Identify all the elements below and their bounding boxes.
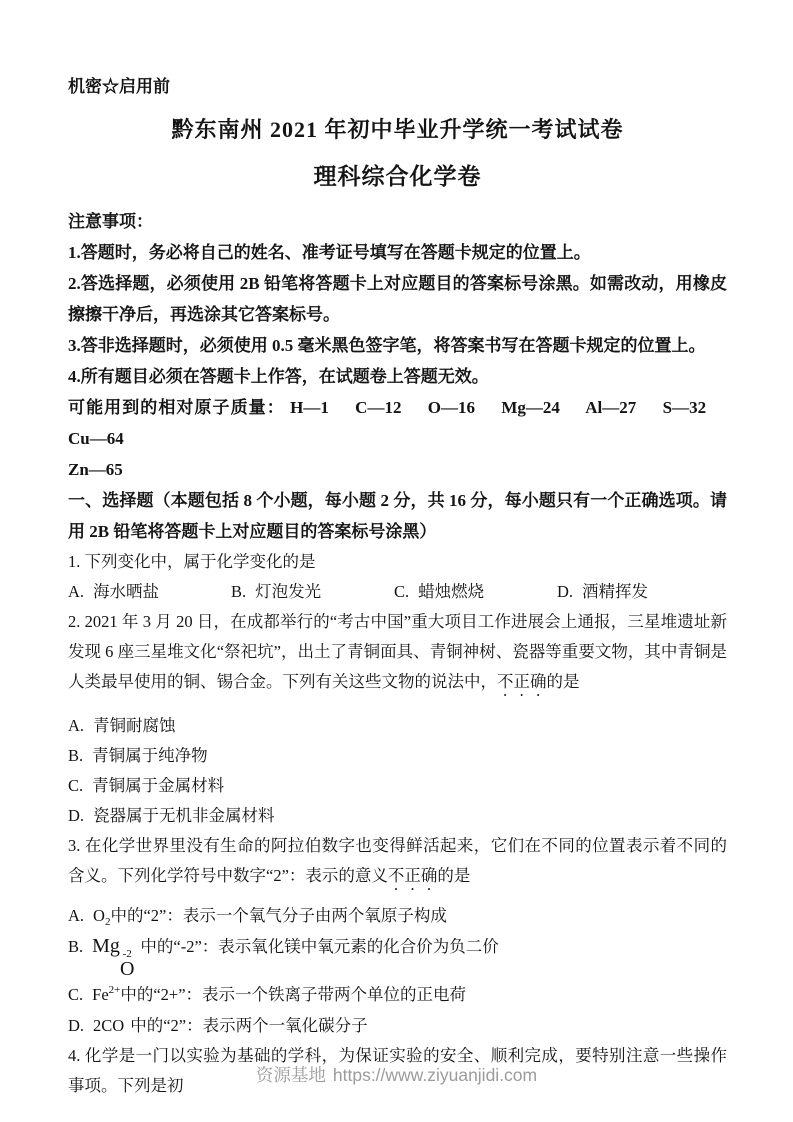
option-label: A. — [68, 711, 84, 741]
question-3-text: 3. 在化学世界里没有生命的阿拉伯数字也变得鲜活起来，它们在不同的位置表示着不同… — [68, 831, 727, 894]
notice-item-2: 2.答选择题，必须使用 2B 铅笔将答题卡上对应题目的答案标号涂黑。如需改动，用… — [68, 268, 727, 330]
notice-section: 注意事项： 1.答题时，务必将自己的姓名、准考证号填写在答题卡规定的位置上。 2… — [68, 206, 727, 547]
chemical-formula: Mg — [92, 935, 120, 957]
atomic-mass: O—16 — [428, 398, 475, 417]
option-text: 灯泡发光 — [255, 582, 321, 601]
option-a: A.青铜耐腐蚀 — [68, 711, 727, 741]
atomic-mass: C—12 — [355, 398, 401, 417]
valence-stack: -2O — [120, 949, 134, 979]
option-text: 青铜属于纯净物 — [92, 746, 208, 765]
element-symbol: O — [120, 959, 134, 979]
atomic-mass: S—32 — [663, 398, 706, 417]
exam-paper-page: 机密☆启用前 黔东南州 2021 年初中毕业升学统一考试试卷 理科综合化学卷 注… — [0, 0, 793, 1122]
chemical-formula: 2CO — [93, 1016, 124, 1035]
option-label: A. — [68, 577, 84, 607]
question-text-segment: 的是 — [437, 866, 470, 885]
atomic-mass: Al—27 — [585, 398, 636, 417]
option-b: B.灯泡发光 — [231, 577, 394, 607]
classification-label: 机密☆启用前 — [68, 72, 727, 97]
option-label: D. — [68, 801, 84, 831]
question-2-text: 2. 2021 年 3 月 20 日，在成都举行的“考古中国”重大项目工作进展会… — [68, 607, 727, 700]
superscript: 2+ — [109, 984, 121, 996]
option-text: 酒精挥发 — [582, 582, 648, 601]
chemical-formula: Fe2+ — [92, 985, 120, 1004]
atomic-mass: Mg—24 — [501, 398, 560, 417]
question-3-options: A.O2中的“2”：表示一个氧气分子由两个氧原子构成 B.Mg-2O中的“-2”… — [68, 900, 727, 1041]
option-text: 青铜耐腐蚀 — [93, 716, 176, 735]
option-a: A.O2中的“2”：表示一个氧气分子由两个氧原子构成 — [68, 900, 727, 931]
atomic-mass: H—1 — [290, 398, 329, 417]
option-text: 中的“2+”：表示一个铁离子带两个单位的正电荷 — [120, 985, 466, 1004]
option-d: D.瓷器属于无机非金属材料 — [68, 801, 727, 831]
question-1-text: 1. 下列变化中，属于化学变化的是 — [68, 547, 727, 577]
atomic-mass: Zn—65 — [68, 460, 123, 479]
emphasized-text: 不正确 — [388, 866, 438, 885]
option-b: B.青铜属于纯净物 — [68, 741, 727, 771]
option-label: B. — [68, 931, 83, 962]
site-name: 资源基地 — [256, 1065, 326, 1085]
question-1: 1. 下列变化中，属于化学变化的是 A.海水晒盐 B.灯泡发光 C.蜡烛燃烧 D… — [68, 547, 727, 607]
page-subtitle: 理科综合化学卷 — [68, 158, 727, 191]
notice-heading: 注意事项： — [68, 206, 727, 237]
option-d: D.2CO中的“2”：表示两个一氧化碳分子 — [68, 1010, 727, 1041]
atomic-masses-prefix: 可能用到的相对原子质量： — [68, 398, 285, 417]
option-text: 海水晒盐 — [93, 582, 159, 601]
notice-item-3: 3.答非选择题时，必须使用 0.5 毫米黑色签字笔，将答案书写在答题卡规定的位置… — [68, 330, 727, 361]
option-text: 瓷器属于无机非金属材料 — [93, 806, 275, 825]
option-text: 中的“-2”：表示氧化镁中氧元素的化合价为负二价 — [140, 937, 498, 956]
site-url-link[interactable]: https://www.ziyuanjidi.com — [333, 1065, 537, 1085]
atomic-mass: Cu—64 — [68, 429, 124, 448]
emphasized-text: 不正确 — [497, 672, 547, 691]
watermark-footer: 资源基地https://www.ziyuanjidi.com — [0, 1062, 793, 1087]
option-text: 青铜属于金属材料 — [92, 776, 224, 795]
notice-item-4: 4.所有题目必须在答题卡上作答，在试题卷上答题无效。 — [68, 361, 727, 392]
option-label: C. — [68, 771, 83, 801]
question-1-options: A.海水晒盐 B.灯泡发光 C.蜡烛燃烧 D.酒精挥发 — [68, 577, 727, 607]
question-text-segment: 的是 — [547, 672, 580, 691]
notice-item-1: 1.答题时，务必将自己的姓名、准考证号填写在答题卡规定的位置上。 — [68, 237, 727, 268]
question-2-options: A.青铜耐腐蚀 B.青铜属于纯净物 C.青铜属于金属材料 D.瓷器属于无机非金属… — [68, 711, 727, 831]
atomic-masses-line-1: 可能用到的相对原子质量： H—1 C—12 O—16 Mg—24 Al—27 S… — [68, 392, 727, 454]
option-a: A.海水晒盐 — [68, 577, 231, 607]
option-text: 中的“2”：表示一个氧气分子由两个氧原子构成 — [110, 906, 446, 925]
option-label: B. — [231, 577, 246, 607]
section-one-heading: 一、选择题（本题包括 8 个小题，每小题 2 分，共 16 分，每小题只有一个正… — [68, 485, 727, 547]
atomic-masses-line-2: Zn—65 — [68, 454, 727, 485]
option-label: B. — [68, 741, 83, 771]
question-2: 2. 2021 年 3 月 20 日，在成都举行的“考古中国”重大项目工作进展会… — [68, 607, 727, 831]
option-label: A. — [68, 900, 84, 931]
option-c: C.Fe2+中的“2+”：表示一个铁离子带两个单位的正电荷 — [68, 979, 727, 1010]
option-text: 中的“2”：表示两个一氧化碳分子 — [130, 1016, 367, 1035]
option-label: C. — [68, 979, 83, 1010]
chemical-formula: O2 — [93, 906, 110, 925]
question-text-segment: 2. 2021 年 3 月 20 日，在成都举行的“考古中国”重大项目工作进展会… — [68, 612, 727, 691]
option-text: 蜡烛燃烧 — [418, 582, 484, 601]
option-c: C.蜡烛燃烧 — [394, 577, 557, 607]
option-b: B.Mg-2O中的“-2”：表示氧化镁中氧元素的化合价为负二价 — [68, 931, 727, 979]
option-c: C.青铜属于金属材料 — [68, 771, 727, 801]
question-3: 3. 在化学世界里没有生命的阿拉伯数字也变得鲜活起来，它们在不同的位置表示着不同… — [68, 831, 727, 1041]
option-label: D. — [68, 1010, 84, 1041]
option-d: D.酒精挥发 — [557, 577, 648, 607]
option-label: C. — [394, 577, 409, 607]
option-label: D. — [557, 577, 573, 607]
page-title: 黔东南州 2021 年初中毕业升学统一考试试卷 — [68, 113, 727, 144]
